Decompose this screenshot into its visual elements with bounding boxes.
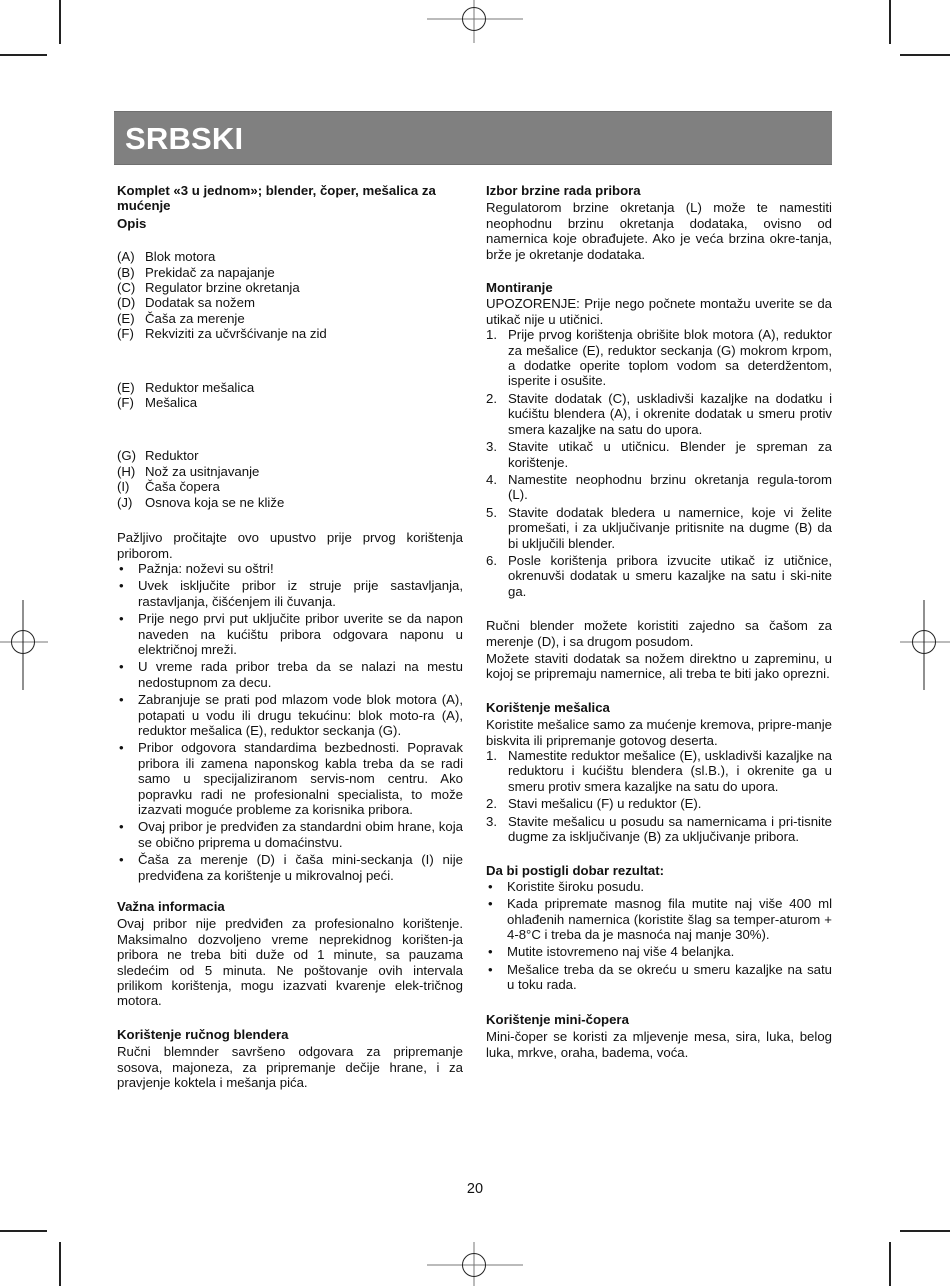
language-banner: SRBSKI: [114, 111, 832, 165]
part-item: (E)Reduktor mešalica: [117, 380, 463, 395]
crop-mark: [59, 1242, 61, 1286]
speed-heading: Izbor brzine rada pribora: [486, 183, 832, 198]
mixer-step: 2.Stavi mešalicu (F) u reduktor (E).: [486, 796, 832, 811]
warning-item: •Zabranjuje se prati pod mlazom vode blo…: [117, 692, 463, 738]
mixer-step: 3.Stavite mešalicu u posudu sa namernica…: [486, 814, 832, 845]
safety-warnings-list: •Pažnja: noževi su oštri! •Uvek isključi…: [117, 561, 463, 883]
parts-list-chopper: (G)Reduktor (H)Nož za usitnjavanje (I)Ča…: [117, 448, 463, 510]
crop-mark: [889, 0, 891, 44]
assembly-step: 5.Stavite dodatak bledera u namernice, k…: [486, 505, 832, 551]
part-item: (B)Prekidač za napajanje: [117, 265, 463, 280]
assembly-warning: UPOZORENJE: Prije nego počnete montažu u…: [486, 296, 832, 327]
part-item: (H)Nož za usitnjavanje: [117, 464, 463, 479]
page-number: 20: [0, 1181, 950, 1197]
parts-list-mixer: (E)Reduktor mešalica (F)Mešalica: [117, 380, 463, 411]
assembly-step: 1.Prije prvog korištenja obrišite blok m…: [486, 327, 832, 389]
crop-mark: [0, 54, 47, 56]
warning-item: •Prije nego prvi put uključite pribor uv…: [117, 611, 463, 657]
tip-item: •Koristite široku posudu.: [486, 879, 832, 894]
important-text: Ovaj pribor nije predviđen za profesiona…: [117, 916, 463, 1008]
registration-mark-left: [0, 600, 50, 695]
chopper-text: Mini-čoper se koristi za mljevenje mesa,…: [486, 1029, 832, 1060]
part-item: (E)Čaša za merenje: [117, 311, 463, 326]
tip-item: •Kada pripremate masnog fila mutite naj …: [486, 896, 832, 942]
crop-mark: [889, 1242, 891, 1286]
assembly-heading: Montiranje: [486, 280, 832, 295]
tip-item: •Mešalice treba da se okreću u smeru kaz…: [486, 962, 832, 993]
assembly-step: 2.Stavite dodatak (C), uskladivši kazalj…: [486, 391, 832, 437]
warning-item: •U vreme rada pribor treba da se nalazi …: [117, 659, 463, 690]
crop-mark: [0, 1230, 47, 1232]
part-item: (I)Čaša čopera: [117, 479, 463, 494]
part-item: (F)Rekviziti za učvršćivanje na zid: [117, 326, 463, 341]
assembly-step: 3.Stavite utikač u utičnicu. Blender je …: [486, 439, 832, 470]
part-item: (J)Osnova koja se ne kliže: [117, 495, 463, 510]
crop-mark: [59, 0, 61, 44]
part-item: (F)Mešalica: [117, 395, 463, 410]
description-heading: Opis: [117, 216, 463, 231]
mixer-heading: Korištenje mešalica: [486, 700, 832, 715]
mixer-step: 1.Namestite reduktor mešalice (E), uskla…: [486, 748, 832, 794]
registration-mark-top: [425, 0, 525, 45]
product-title: Komplet «3 u jednom»; blender, čoper, me…: [117, 183, 463, 214]
tip-item: •Mutite istovremeno naj više 4 belanjka.: [486, 944, 832, 959]
warning-item: •Čaša za merenje (D) i čaša mini-seckanj…: [117, 852, 463, 883]
warning-item: •Pažnja: noževi su oštri!: [117, 561, 463, 576]
part-item: (D)Dodatak sa nožem: [117, 295, 463, 310]
warning-item: •Uvek isključite pribor iz struje prije …: [117, 578, 463, 609]
part-item: (G)Reduktor: [117, 448, 463, 463]
language-title: SRBSKI: [125, 121, 243, 157]
speed-text: Regulatorom brzine okretanja (L) može te…: [486, 200, 832, 262]
warning-item: •Ovaj pribor je predviđen za standardni …: [117, 819, 463, 850]
crop-mark: [900, 54, 950, 56]
part-item: (C)Regulator brzine okretanja: [117, 280, 463, 295]
usage-note-1: Ručni blender možete koristiti zajedno s…: [486, 618, 832, 649]
result-tips-list: •Koristite široku posudu. •Kada priprema…: [486, 879, 832, 993]
right-column: Izbor brzine rada pribora Regulatorom br…: [486, 183, 832, 1060]
result-heading: Da bi postigli dobar rezultat:: [486, 863, 832, 878]
part-item: (A)Blok motora: [117, 249, 463, 264]
assembly-step: 6.Posle korištenja pribora izvucite utik…: [486, 553, 832, 599]
mixer-text: Koristite mešalice samo za mućenje kremo…: [486, 717, 832, 748]
hand-blender-text: Ručni blemnder savršeno odgovara za prip…: [117, 1044, 463, 1090]
chopper-heading: Korištenje mini-čopera: [486, 1012, 832, 1027]
registration-mark-bottom: [425, 1240, 525, 1286]
assembly-steps-list: 1.Prije prvog korištenja obrišite blok m…: [486, 327, 832, 599]
assembly-step: 4.Namestite neophodnu brzinu okretanja r…: [486, 472, 832, 503]
crop-mark: [900, 1230, 950, 1232]
important-heading: Važna informacia: [117, 899, 463, 914]
mixer-steps-list: 1.Namestite reduktor mešalice (E), uskla…: [486, 748, 832, 844]
registration-mark-right: [900, 600, 950, 695]
warning-item: •Pribor odgovora standardima bezbednosti…: [117, 740, 463, 817]
usage-note-2: Možete staviti dodatak sa nožem direktno…: [486, 651, 832, 682]
parts-list-main: (A)Blok motora (B)Prekidač za napajanje …: [117, 249, 463, 341]
left-column: Komplet «3 u jednom»; blender, čoper, me…: [117, 183, 463, 1091]
hand-blender-heading: Korištenje ručnog blendera: [117, 1027, 463, 1042]
intro-text: Pažljivo pročitajte ovo upustvo prije pr…: [117, 530, 463, 561]
